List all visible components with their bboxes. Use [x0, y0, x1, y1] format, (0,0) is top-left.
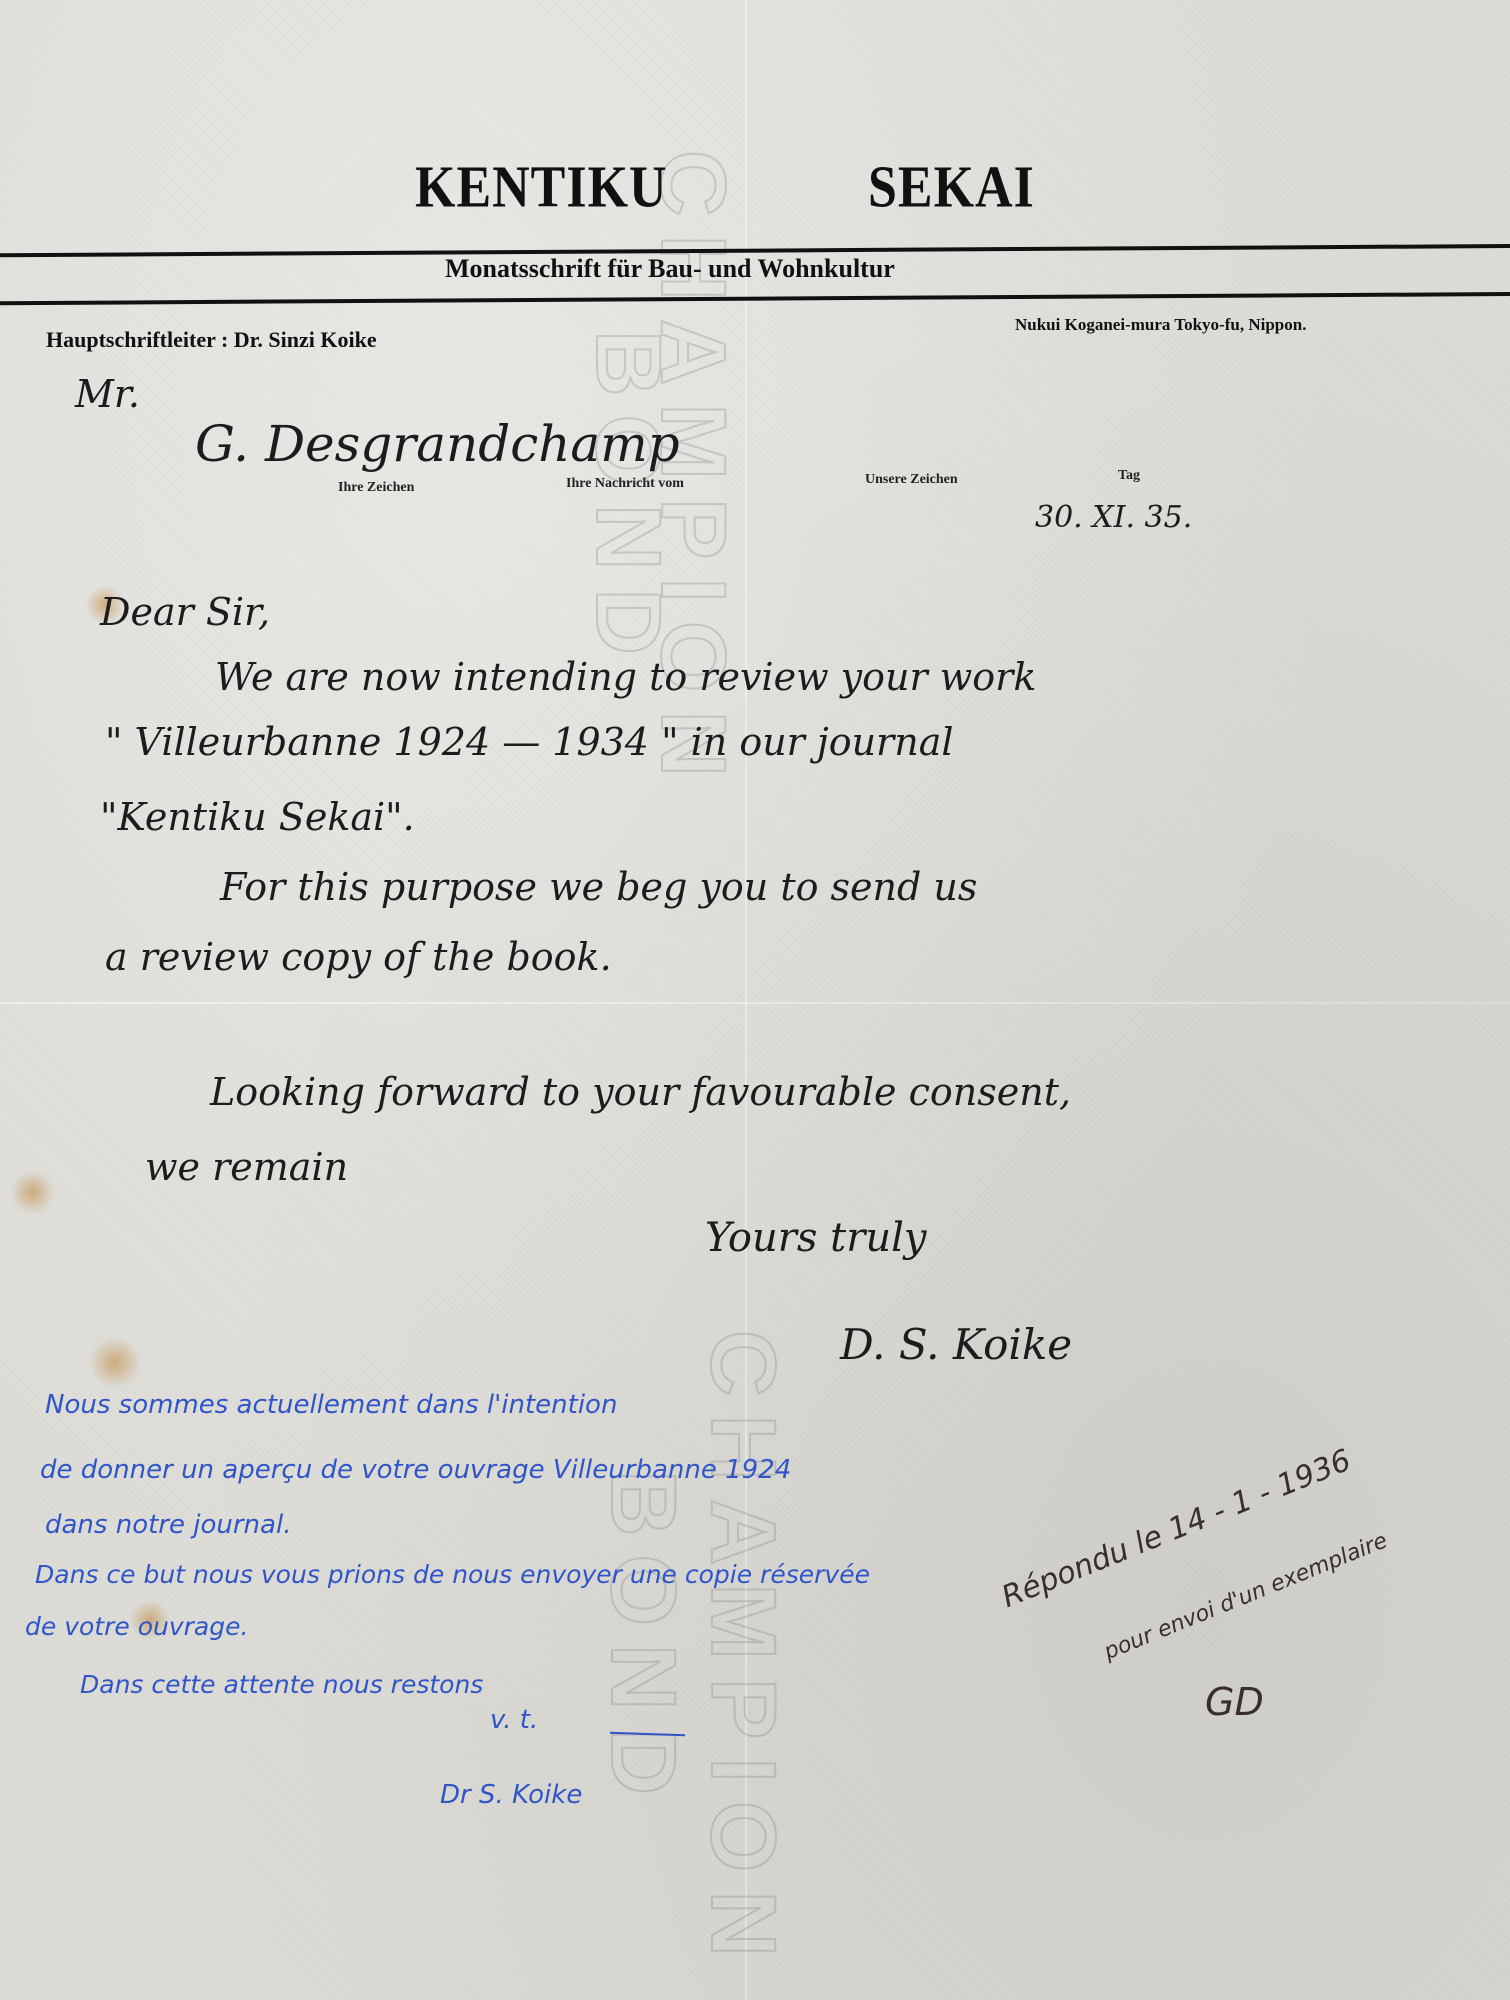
- field-unsere-zeichen: Unsere Zeichen: [865, 472, 958, 488]
- watermark-bond: BOND: [575, 330, 680, 673]
- field-tag: Tag: [1118, 468, 1140, 484]
- translation-signature: Dr S. Koike: [440, 1780, 582, 1810]
- letterhead-subtitle: Monatsschrift für Bau- und Wohnkultur: [445, 254, 895, 284]
- closing: Yours truly: [705, 1215, 926, 1261]
- field-ihre-zeichen: Ihre Zeichen: [338, 480, 414, 496]
- translation-line-5: de votre ouvrage.: [25, 1612, 248, 1641]
- field-ihre-nachricht: Ihre Nachricht vom: [566, 476, 684, 492]
- body-line-4: For this purpose we beg you to send us: [220, 865, 977, 909]
- watermark-bond-lower: BOND: [590, 1470, 695, 1813]
- translation-line-2: de donner un aperçu de votre ouvrage Vil…: [40, 1455, 791, 1485]
- editor-line: Hauptschriftleiter : Dr. Sinzi Koike: [46, 327, 377, 353]
- body-line-1: We are now intending to review your work: [215, 655, 1036, 699]
- body-line-7: we remain: [145, 1145, 348, 1189]
- translation-line-6: Dans cette attente nous restons: [80, 1670, 483, 1699]
- salutation-prefix: Mr.: [75, 372, 140, 416]
- body-line-2: " Villeurbanne 1924 — 1934 " in our jour…: [105, 720, 954, 764]
- stain: [90, 1335, 140, 1390]
- reply-initials: GD: [1205, 1680, 1264, 1724]
- translation-line-7: v. t.: [490, 1705, 538, 1735]
- masthead-sekai: SEKAI: [868, 154, 1035, 222]
- translation-line-1: Nous sommes actuellement dans l'intentio…: [45, 1390, 617, 1420]
- address-line: Nukui Koganei-mura Tokyo-fu, Nippon.: [1015, 315, 1306, 335]
- letter-date: 30. XI. 35.: [1035, 500, 1192, 535]
- stain: [10, 1170, 55, 1215]
- masthead-kentiku: KENTIKU: [415, 154, 668, 222]
- body-line-3: "Kentiku Sekai".: [100, 795, 415, 839]
- greeting: Dear Sir,: [100, 590, 270, 634]
- recipient-name: G. Desgrandchamp: [195, 415, 680, 473]
- translation-line-4: Dans ce but nous vous prions de nous env…: [35, 1560, 870, 1589]
- translation-line-3: dans notre journal.: [45, 1510, 291, 1540]
- watermark-champion-lower: CHAMPION: [690, 1330, 795, 1975]
- paper-fold: [0, 1002, 1510, 1004]
- body-line-5: a review copy of the book.: [105, 935, 612, 979]
- body-line-6: Looking forward to your favourable conse…: [210, 1070, 1071, 1114]
- signature: D. S. Koike: [840, 1320, 1072, 1369]
